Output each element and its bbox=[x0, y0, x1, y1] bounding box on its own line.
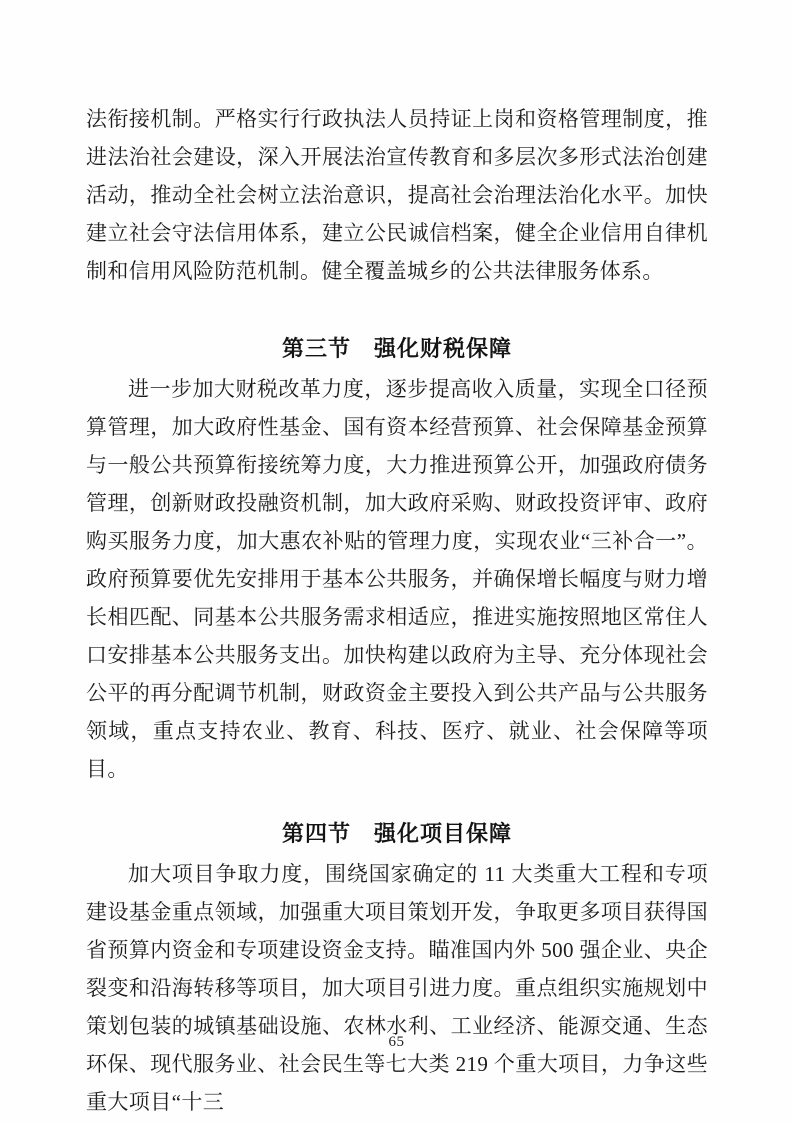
page-number: 65 bbox=[0, 1034, 793, 1051]
section-4-body: 加大项目争取力度，围绕国家确定的 11 大类重大工程和专项建设基金重点领域，加强… bbox=[86, 855, 708, 1121]
section-4-heading: 第四节 强化项目保障 bbox=[86, 815, 708, 853]
continued-paragraph: 法衔接机制。严格实行行政执法人员持证上岗和资格管理制度，推进法治社会建设，深入开… bbox=[86, 100, 708, 290]
document-page: 法衔接机制。严格实行行政执法人员持证上岗和资格管理制度，推进法治社会建设，深入开… bbox=[0, 0, 793, 1122]
page-content: 法衔接机制。严格实行行政执法人员持证上岗和资格管理制度，推进法治社会建设，深入开… bbox=[86, 100, 708, 1121]
section-3-body: 进一步加大财税改革力度，逐步提高收入质量，实现全口径预算管理，加大政府性基金、国… bbox=[86, 370, 708, 788]
section-3-heading: 第三节 强化财税保障 bbox=[86, 330, 708, 368]
